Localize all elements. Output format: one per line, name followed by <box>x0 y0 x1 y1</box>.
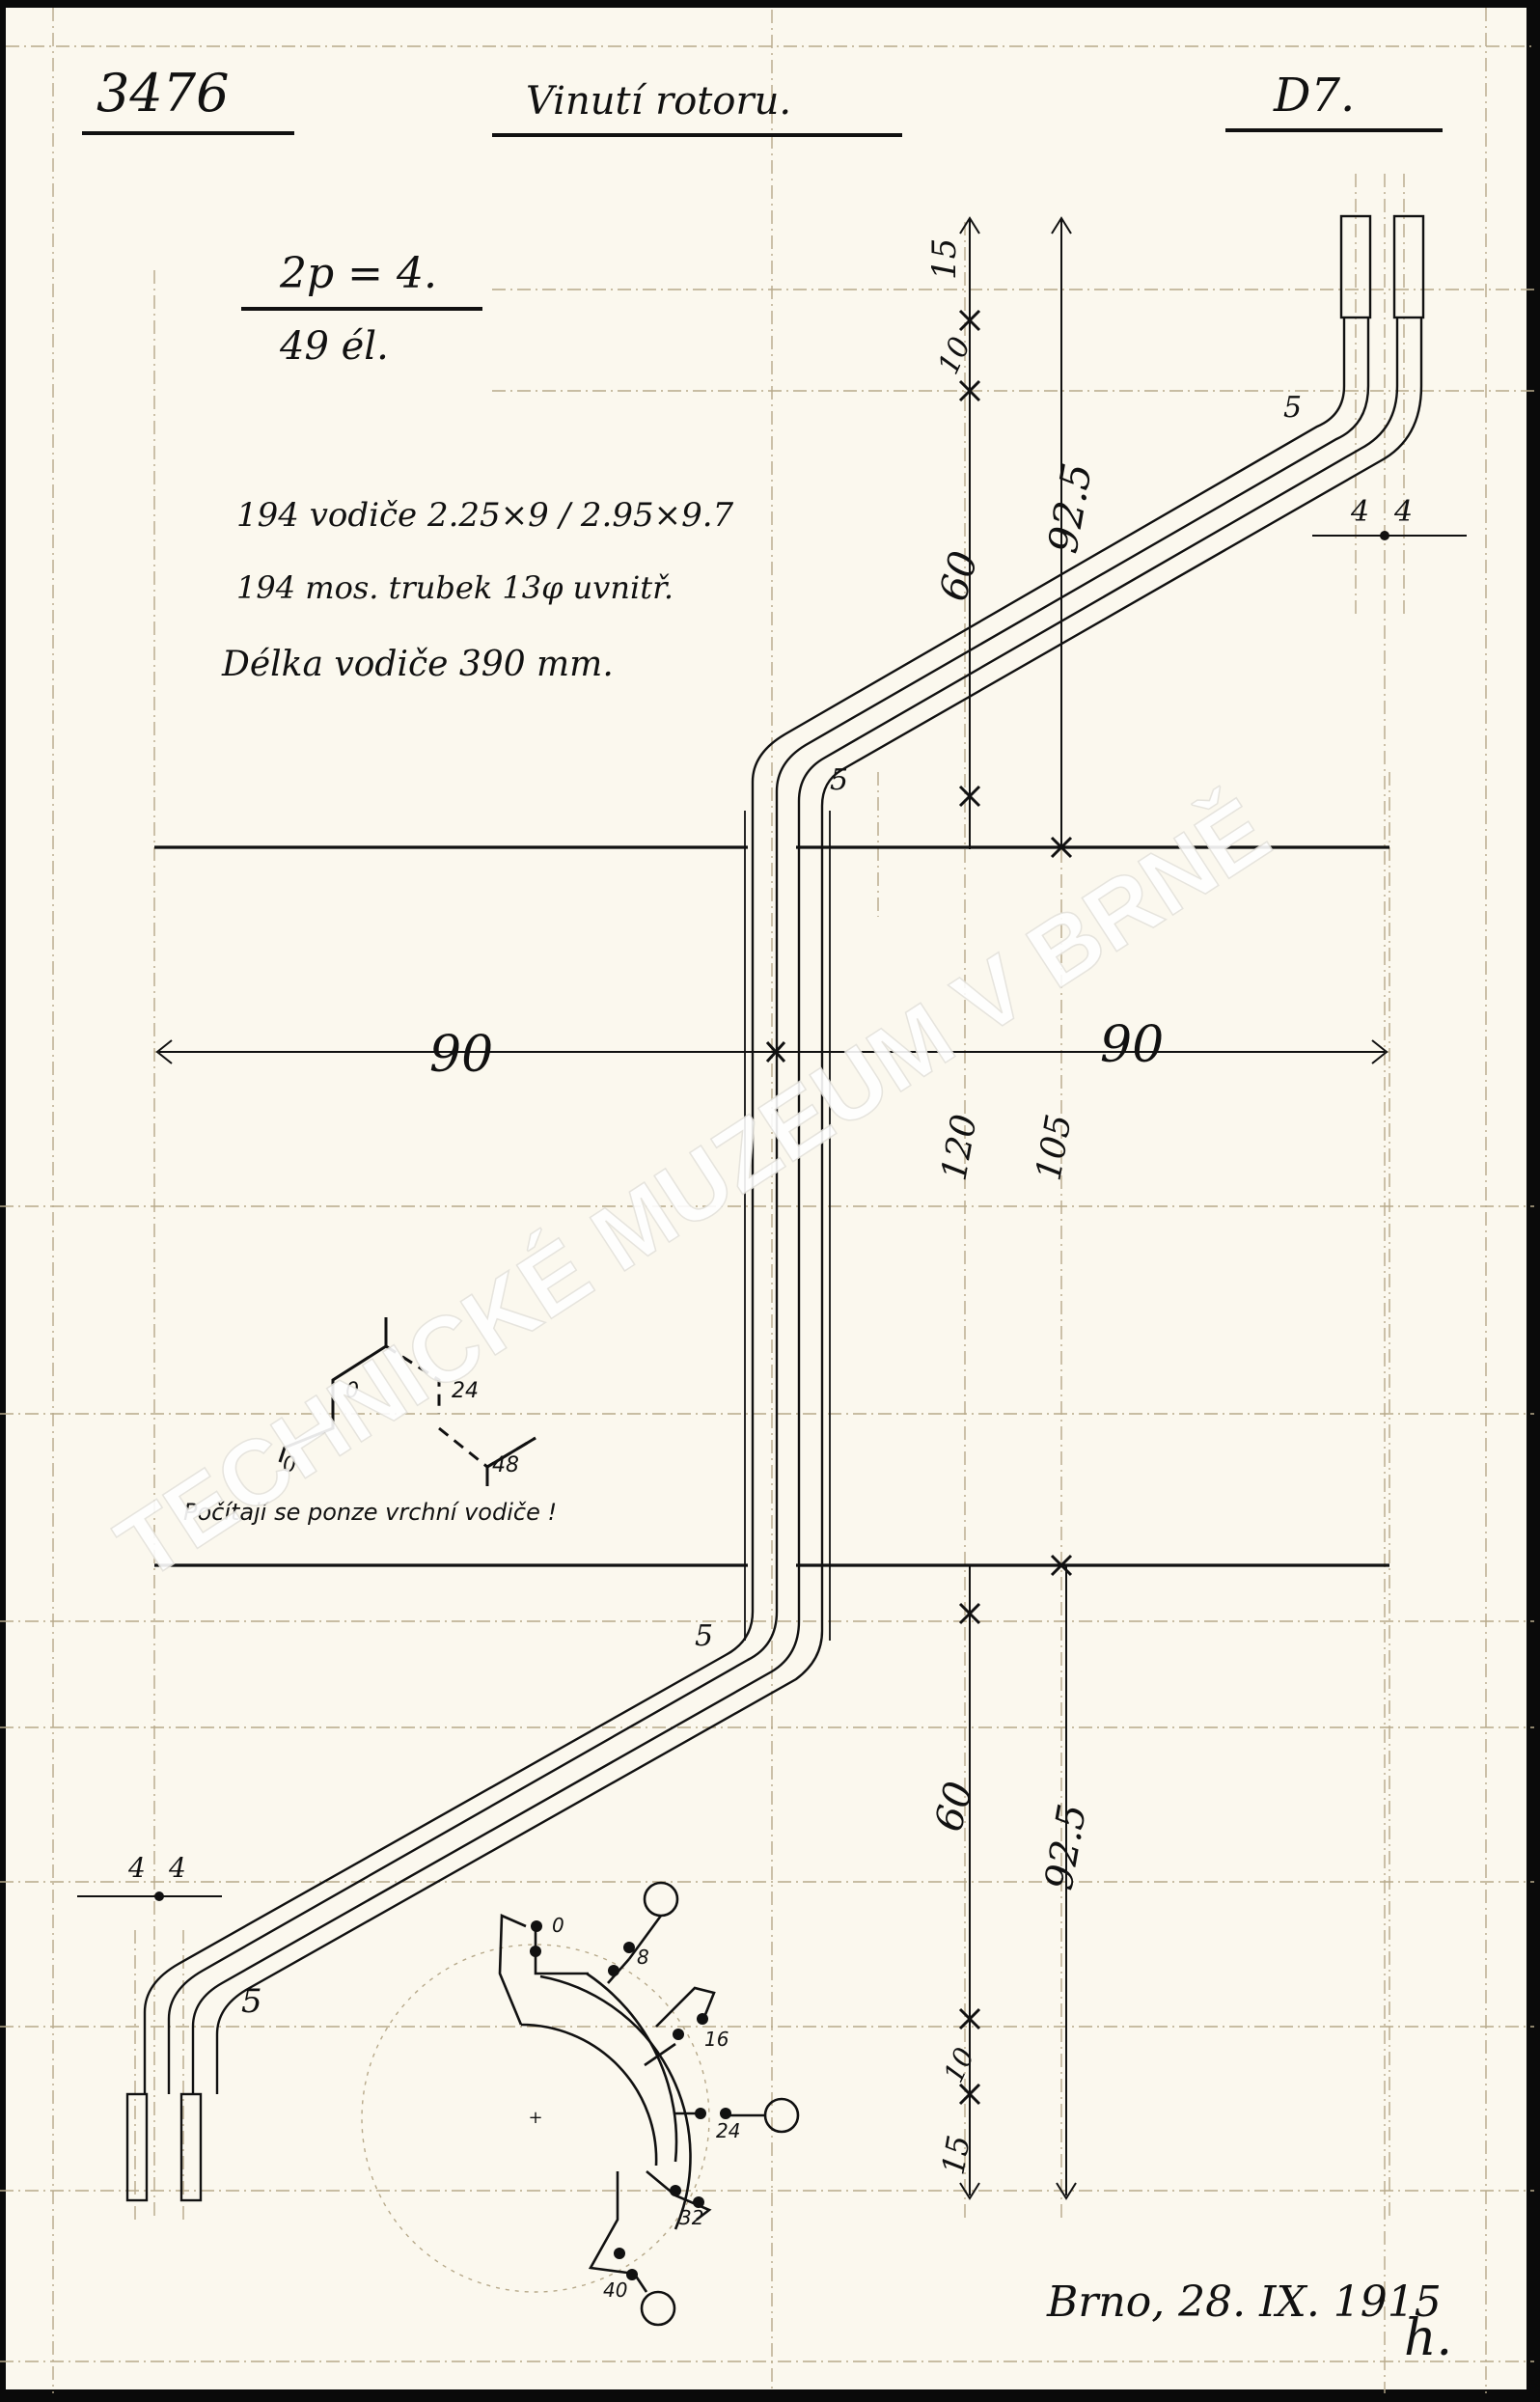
drawing-number: 3476 <box>96 63 229 124</box>
dim-mid-radius: 5 <box>830 763 848 797</box>
spec-conductors: 194 vodiče 2.25×9 / 2.95×9.7 <box>236 496 734 535</box>
dim-bottom-92-5: 92.5 <box>1037 1801 1096 1893</box>
terminal-label-24: 24 <box>716 2119 740 2142</box>
signature: h. <box>1404 2309 1452 2367</box>
dim-bottom-pitch-left: 4 <box>127 1852 146 1884</box>
dim-bottom-60: 60 <box>926 1778 982 1836</box>
dim-bottom-10: 10 <box>937 2043 980 2087</box>
dim-low-radius: 5 <box>695 1619 713 1653</box>
dim-bottom-pitch-right: 4 <box>168 1852 186 1884</box>
terminal-label-40: 40 <box>603 2278 627 2302</box>
center-mark-icon: + <box>528 2108 542 2128</box>
dim-top-92-5: 92.5 <box>1039 459 1101 557</box>
spec-tubes: 194 mos. trubek 13φ uvnitř. <box>236 569 674 606</box>
dim-top-pitch-left: 4 <box>1350 495 1369 529</box>
terminal-label-16: 16 <box>704 2028 729 2051</box>
drawing-title: Vinutí rotoru. <box>526 79 791 124</box>
terminal-label-0: 0 <box>552 1914 564 1937</box>
dim-top-radius: 5 <box>1283 391 1302 425</box>
museum-watermark: TECHNICKÉ MUZEUM V BRNĚ <box>99 778 1287 1600</box>
dim-bottom-15: 15 <box>934 2133 976 2178</box>
sheet-code: D7. <box>1273 69 1355 123</box>
dim-top-pitch-right: 4 <box>1393 495 1413 529</box>
scheme-label-48: 48 <box>492 1453 519 1477</box>
dim-core-120: 120 <box>934 1112 984 1184</box>
dim-top-10: 10 <box>932 332 978 379</box>
dim-top-15: 15 <box>925 238 964 280</box>
dim-bottom-radius: 5 <box>241 1982 262 2021</box>
dim-right-90: 90 <box>1100 1016 1164 1074</box>
poles-label: 2p = 4. <box>279 249 437 298</box>
dim-core-105: 105 <box>1029 1112 1079 1184</box>
terminal-label-8: 8 <box>637 1946 649 1969</box>
dim-left-90: 90 <box>429 1026 493 1084</box>
dim-top-60: 60 <box>931 547 987 606</box>
spec-length: Délka vodiče 390 mm. <box>221 645 614 684</box>
place-date: Brno, 28. IX. 1915 <box>1046 2278 1442 2327</box>
terminal-label-32: 32 <box>679 2206 703 2229</box>
slots-label: 49 él. <box>279 324 389 369</box>
dimension-marks <box>767 311 1071 2104</box>
rotor-winding-drawing: 3476 Vinutí rotoru. D7. 2p = 4. 49 él. 1… <box>0 0 1540 2402</box>
